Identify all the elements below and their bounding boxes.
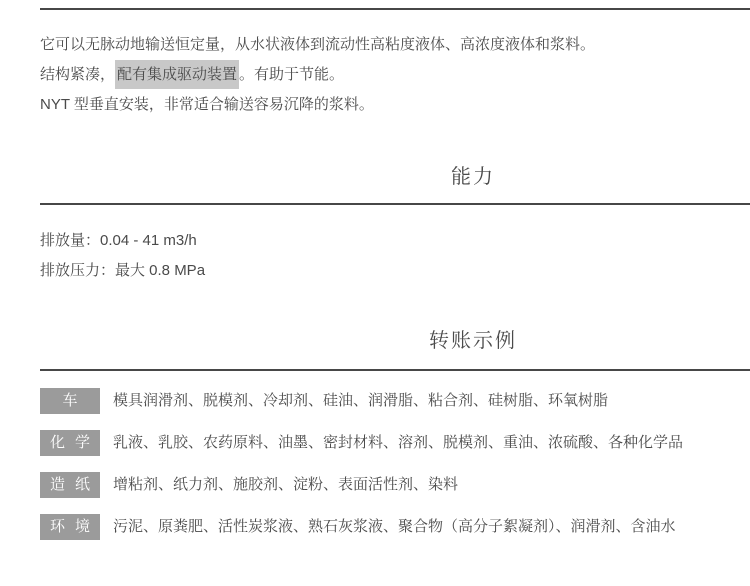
category-label: 环境	[40, 514, 100, 540]
category-label: 化学	[40, 430, 100, 456]
category-items: 污泥、原粪肥、活性炭浆液、熟石灰浆液、聚合物（高分子絮凝剂）、润滑剂、含油水	[113, 514, 676, 540]
intro-line-2-after: 。有助于节能。	[239, 66, 344, 83]
discharge-rate: 排放量：0.04 - 41 m3/h	[40, 226, 750, 256]
table-row: 车 模具润滑剂、脱模剂、冷却剂、硅油、润滑脂、粘合剂、硅树脂、环氧树脂	[40, 388, 750, 414]
category-label: 车	[40, 388, 100, 414]
intro-section: 它可以无脉动地输送恒定量，从水状液体到流动性高粘度液体、高浓度液体和浆料。 结构…	[40, 30, 750, 120]
top-divider	[40, 8, 750, 10]
highlighted-phrase: 配有集成驱动装置	[115, 60, 239, 89]
capability-divider	[40, 203, 750, 205]
category-label: 造纸	[40, 472, 100, 498]
table-row: 化学 乳液、乳胶、农药原料、油墨、密封材料、溶剂、脱模剂、重油、浓硫酸、各种化学…	[40, 430, 750, 456]
page-content: 它可以无脉动地输送恒定量，从水状液体到流动性高粘度液体、高浓度液体和浆料。 结构…	[40, 8, 750, 540]
intro-line-2-before: 结构紧凑，	[40, 66, 115, 83]
table-row: 造纸 增粘剂、纸力剂、施胶剂、淀粉、表面活性剂、染料	[40, 472, 750, 498]
capability-heading: 能力	[40, 162, 750, 192]
category-badge: 环境	[40, 514, 100, 540]
intro-line-3: NYT 型垂直安装，非常适合输送容易沉降的浆料。	[40, 90, 750, 120]
category-items: 模具润滑剂、脱模剂、冷却剂、硅油、润滑脂、粘合剂、硅树脂、环氧树脂	[113, 388, 608, 414]
category-items: 乳液、乳胶、农药原料、油墨、密封材料、溶剂、脱模剂、重油、浓硫酸、各种化学品	[113, 430, 683, 456]
category-items: 增粘剂、纸力剂、施胶剂、淀粉、表面活性剂、染料	[113, 472, 458, 498]
examples-divider	[40, 369, 750, 371]
capability-specs: 排放量：0.04 - 41 m3/h 排放压力：最大 0.8 MPa	[40, 226, 750, 286]
category-badge: 造纸	[40, 472, 100, 498]
examples-heading: 转账示例	[40, 326, 750, 356]
intro-line-2: 结构紧凑，配有集成驱动装置。有助于节能。	[40, 60, 750, 90]
category-badge: 化学	[40, 430, 100, 456]
table-row: 环境 污泥、原粪肥、活性炭浆液、熟石灰浆液、聚合物（高分子絮凝剂）、润滑剂、含油…	[40, 514, 750, 540]
category-badge: 车	[40, 388, 100, 414]
intro-line-1: 它可以无脉动地输送恒定量，从水状液体到流动性高粘度液体、高浓度液体和浆料。	[40, 30, 750, 60]
discharge-pressure: 排放压力：最大 0.8 MPa	[40, 256, 750, 286]
examples-table: 车 模具润滑剂、脱模剂、冷却剂、硅油、润滑脂、粘合剂、硅树脂、环氧树脂 化学 乳…	[40, 388, 750, 540]
